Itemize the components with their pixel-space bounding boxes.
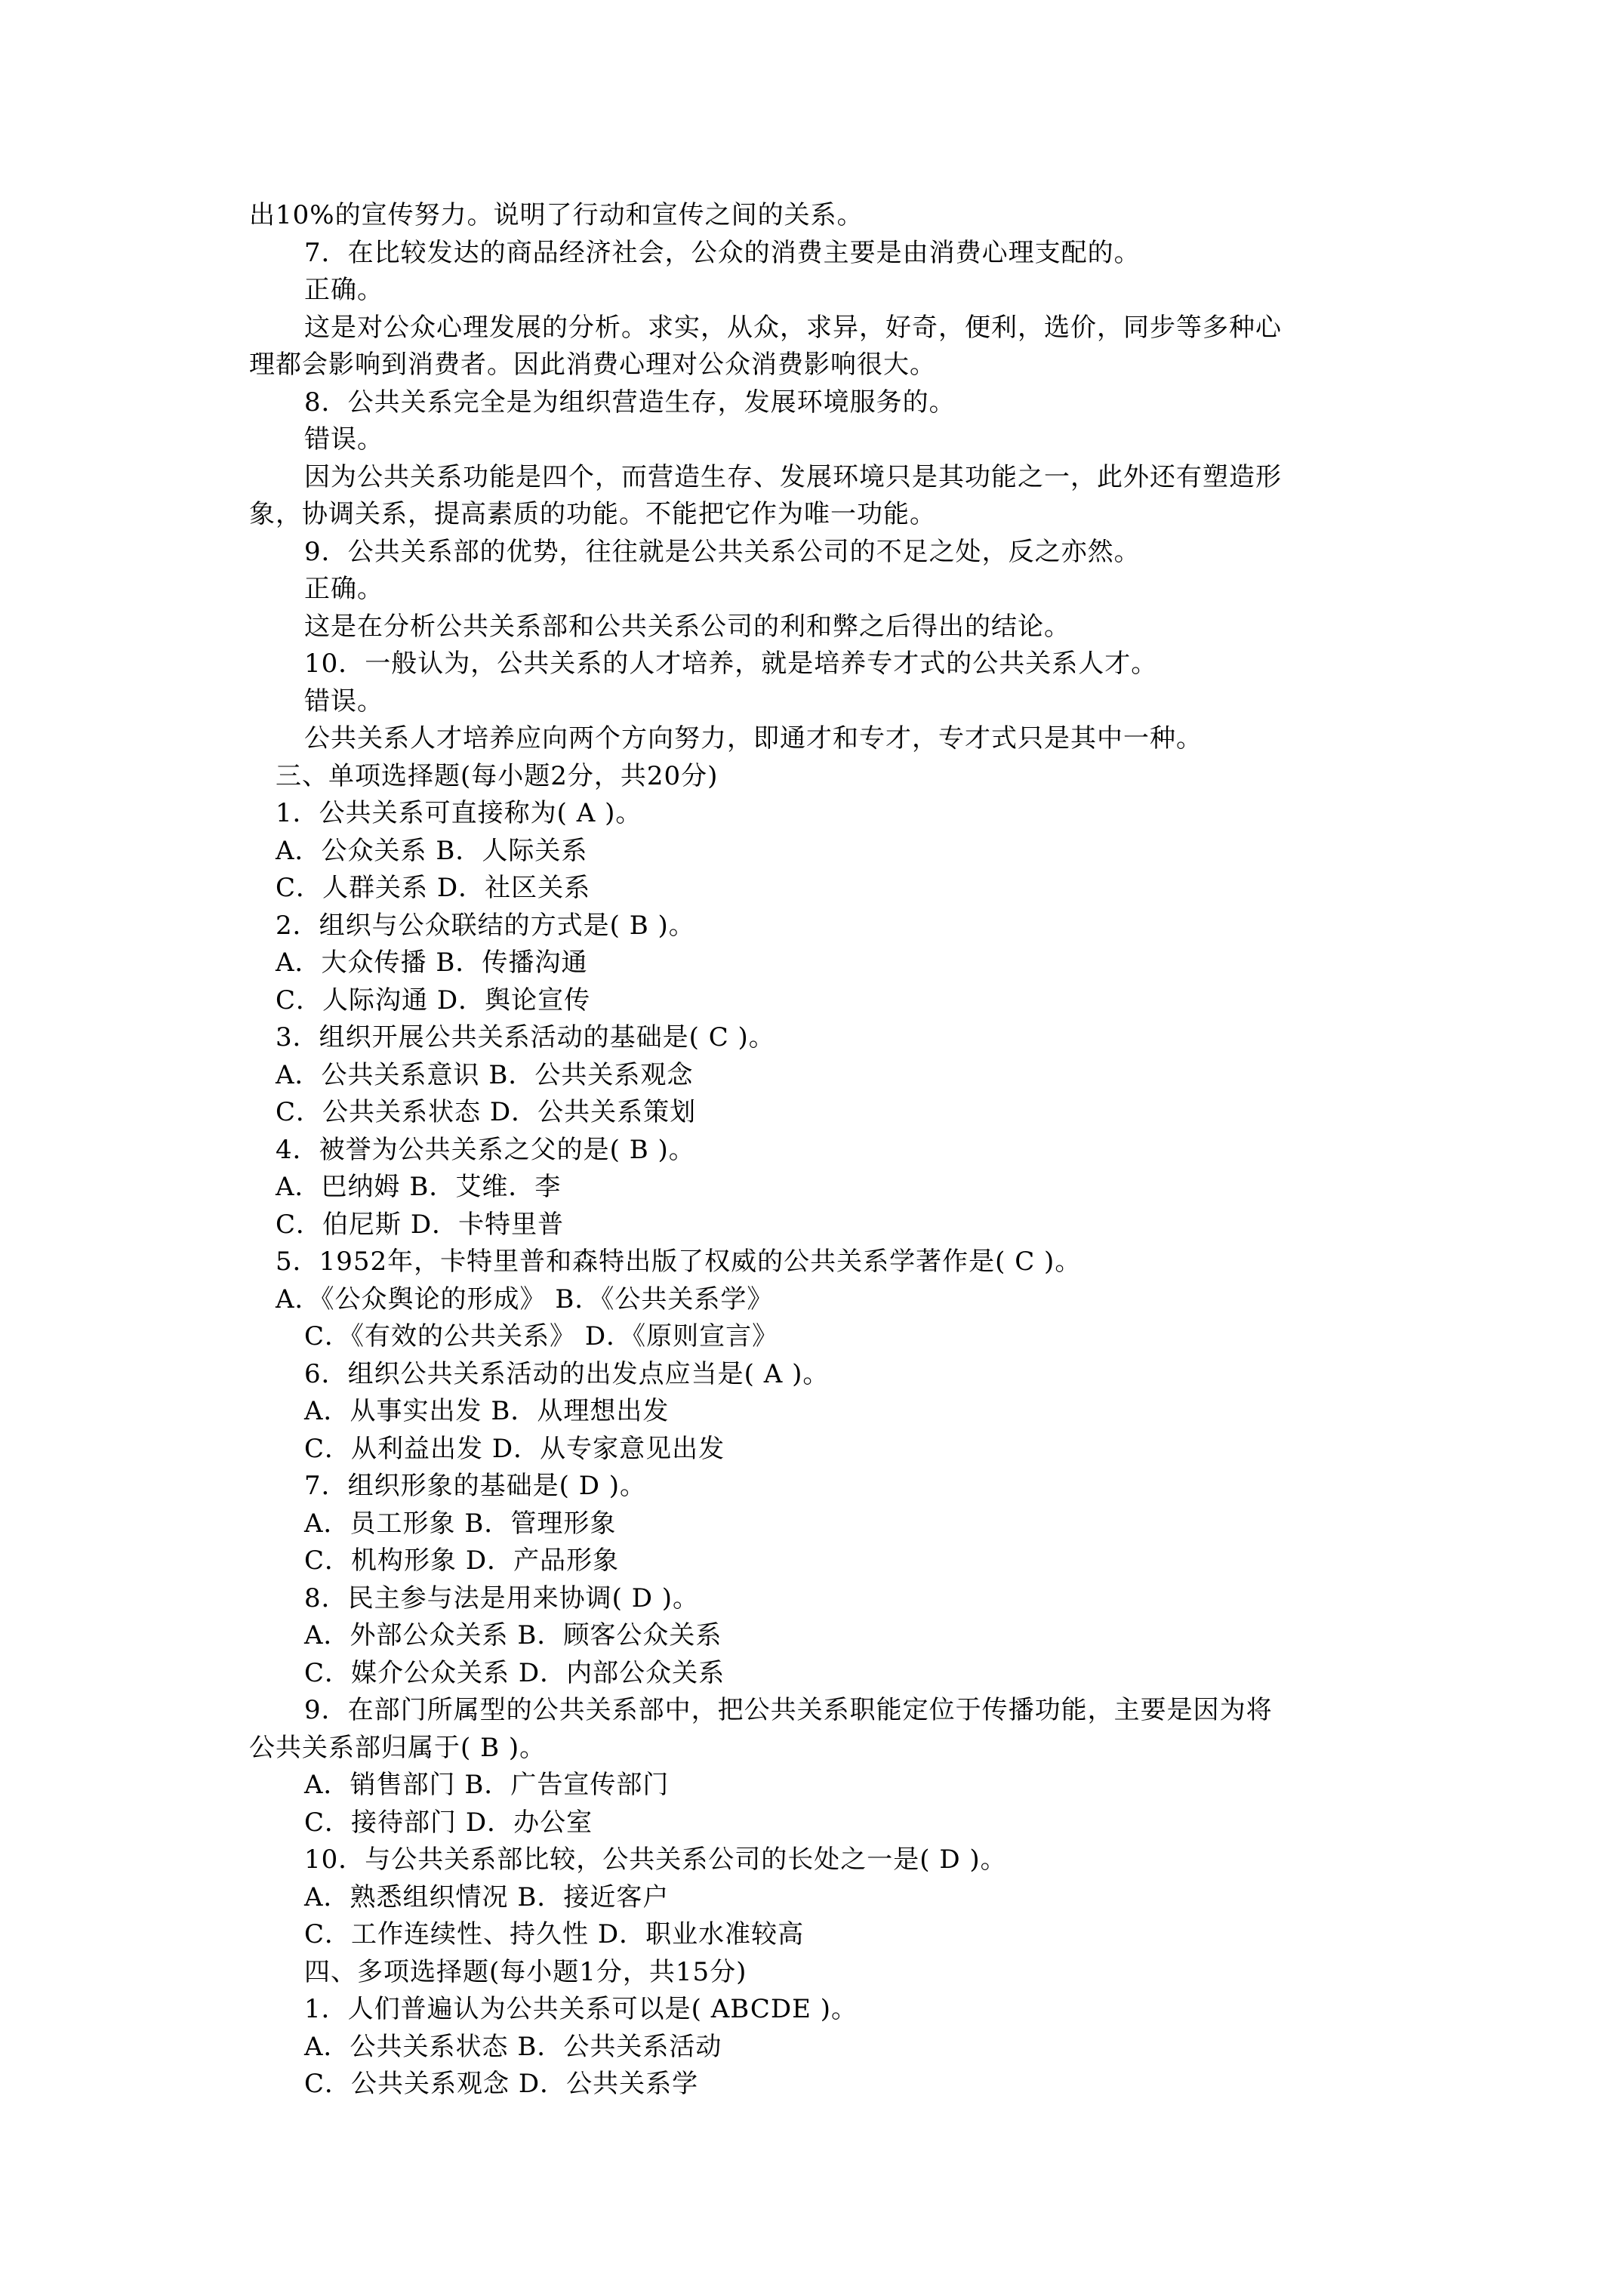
text-line: 象，协调关系，提高素质的功能。不能把它作为唯一功能。 xyxy=(249,499,936,529)
text-line: 7．在比较发达的商品经济社会，公众的消费主要是由消费心理支配的。 xyxy=(304,238,1141,268)
text-line: C．从利益出发 D．从专家意见出发 xyxy=(304,1434,725,1464)
text-line: C．人际沟通 D．舆论宣传 xyxy=(276,985,590,1015)
text-line: C．工作连续性、持久性 D．职业水准较高 xyxy=(304,1919,804,1949)
text-line: A．巴纳姆 B．艾维．李 xyxy=(276,1172,561,1202)
text-line: 10．一般认为，公共关系的人才培养，就是培养专才式的公共关系人才。 xyxy=(304,649,1157,679)
text-line: 6．组织公共关系活动的出发点应当是( A )。 xyxy=(304,1359,829,1389)
text-line: 理都会影响到消费者。因此消费心理对公众消费影响很大。 xyxy=(249,350,936,380)
text-line: A．熟悉组织情况 B．接近客户 xyxy=(304,1882,669,1912)
text-line: 正确。 xyxy=(304,275,383,305)
text-line: C．公共关系状态 D．公共关系策划 xyxy=(276,1097,696,1127)
document-page: 出10%的宣传努力。说明了行动和宣传之间的关系。7．在比较发达的商品经济社会，公… xyxy=(0,0,1623,2296)
text-line: 10．与公共关系部比较，公共关系公司的长处之一是( D )。 xyxy=(304,1845,1007,1875)
text-line: 9．在部门所属型的公共关系部中，把公共关系职能定位于传播功能，主要是因为将 xyxy=(304,1695,1273,1725)
text-line: 2．组织与公众联结的方式是( B )。 xyxy=(276,911,695,941)
text-line: 三、单项选择题(每小题2分，共20分) xyxy=(276,761,718,791)
text-line: 四、多项选择题(每小题1分，共15分) xyxy=(304,1957,747,1987)
text-line: 这是在分析公共关系部和公共关系公司的利和弊之后得出的结论。 xyxy=(304,612,1070,642)
text-line: A．《公众舆论的形成》 B．《公共关系学》 xyxy=(276,1284,773,1314)
text-line: 这是对公众心理发展的分析。求实，从众，求异，好奇，便利，选价，同步等多种心 xyxy=(304,313,1282,343)
text-line: 正确。 xyxy=(304,574,383,604)
text-line: 4．被誉为公共关系之父的是( B )。 xyxy=(276,1135,695,1165)
text-line: 5．1952年，卡特里普和森特出版了权威的公共关系学著作是( C )。 xyxy=(276,1247,1081,1277)
text-line: 公共关系部归属于( B )。 xyxy=(249,1733,546,1763)
text-line: A．公共关系状态 B．公共关系活动 xyxy=(304,2032,722,2062)
text-line: 公共关系人才培养应向两个方向努力，即通才和专才，专才式只是其中一种。 xyxy=(304,723,1203,754)
text-line: A．大众传播 B．传播沟通 xyxy=(276,948,587,978)
text-line: A．销售部门 B．广告宣传部门 xyxy=(304,1770,669,1800)
text-line: C．机构形象 D．产品形象 xyxy=(304,1546,619,1576)
text-line: A．公共关系意识 B．公共关系观念 xyxy=(276,1060,693,1090)
text-line: C．《有效的公共关系》 D．《原则宣言》 xyxy=(304,1321,778,1351)
text-line: 3．组织开展公共关系活动的基础是( C )。 xyxy=(276,1022,775,1052)
text-line: 1．公共关系可直接称为( A )。 xyxy=(276,798,642,828)
text-line: 因为公共关系功能是四个，而营造生存、发展环境只是其功能之一，此外还有塑造形 xyxy=(304,462,1282,492)
text-line: C．伯尼斯 D．卡特里普 xyxy=(276,1210,564,1240)
text-line: A．公众关系 B．人际关系 xyxy=(276,836,587,866)
text-line: C．媒介公众关系 D．内部公众关系 xyxy=(304,1658,725,1688)
text-line: 9．公共关系部的优势，往往就是公共关系公司的不足之处，反之亦然。 xyxy=(304,537,1141,567)
text-line: C．接待部门 D．办公室 xyxy=(304,1808,593,1838)
text-line: A．外部公众关系 B．顾客公众关系 xyxy=(304,1620,722,1650)
text-line: C．人群关系 D．社区关系 xyxy=(276,873,590,903)
text-line: 8．民主参与法是用来协调( D )。 xyxy=(304,1583,699,1613)
text-line: 7．组织形象的基础是( D )。 xyxy=(304,1471,646,1501)
text-line: 出10%的宣传努力。说明了行动和宣传之间的关系。 xyxy=(249,200,864,230)
text-line: 8．公共关系完全是为组织营造生存，发展环境服务的。 xyxy=(304,387,956,418)
text-line: A．从事实出发 B．从理想出发 xyxy=(304,1396,669,1426)
text-line: A．员工形象 B．管理形象 xyxy=(304,1509,616,1539)
text-line: C．公共关系观念 D．公共关系学 xyxy=(304,2069,698,2099)
text-line: 1．人们普遍认为公共关系可以是( ABCDE )。 xyxy=(304,1994,858,2024)
text-line: 错误。 xyxy=(304,686,383,717)
text-line: 错误。 xyxy=(304,424,383,455)
